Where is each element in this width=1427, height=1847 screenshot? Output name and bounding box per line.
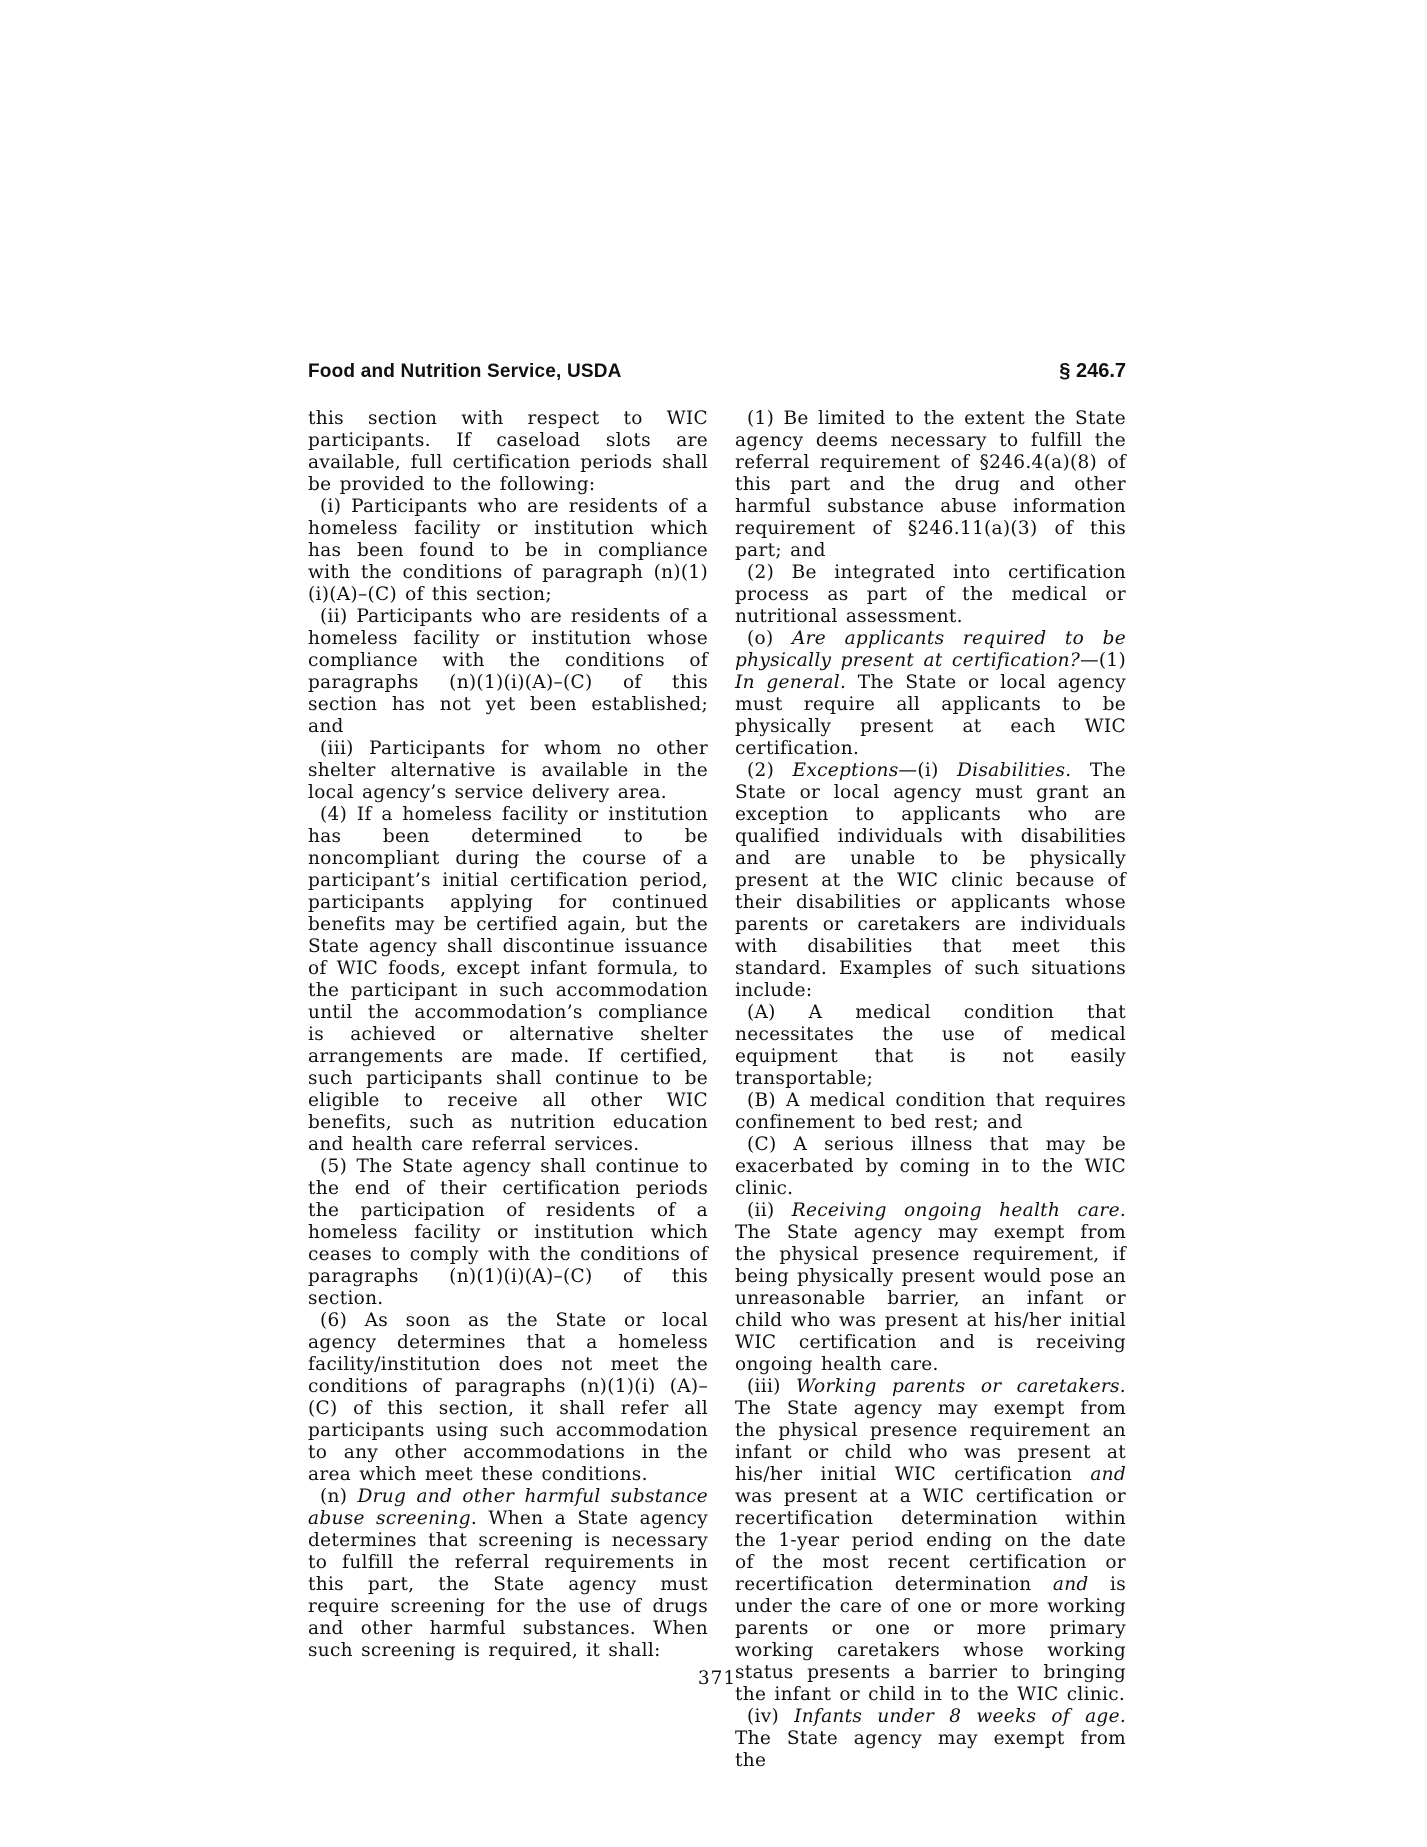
text-run: When a State agency determines that scre… xyxy=(308,1508,708,1661)
italic-text-run: Are applicants required to be physically… xyxy=(735,628,1126,671)
text-run: The State agency may exempt from the phy… xyxy=(735,1222,1126,1375)
page-number: 371 xyxy=(308,1668,1126,1689)
text-run: —(1) xyxy=(1080,650,1126,671)
text-run: this section with respect to WIC partici… xyxy=(308,408,708,495)
paragraph: (n) Drug and other harmful substance abu… xyxy=(308,1486,708,1662)
document-page: Food and Nutrition Service, USDA § 246.7… xyxy=(0,0,1427,1847)
text-run: (ii) Participants who are residents of a… xyxy=(308,606,708,737)
text-run: (iii) xyxy=(747,1376,796,1397)
text-run: (B) A medical condition that requires co… xyxy=(735,1090,1126,1133)
text-run: (4) If a homeless facility or institutio… xyxy=(308,804,708,1155)
paragraph: this section with respect to WIC partici… xyxy=(308,408,708,496)
italic-text-run: Exceptions xyxy=(793,760,899,781)
italic-text-run: Disabilities. xyxy=(957,760,1071,781)
text-run: (2) Be integrated into certification pro… xyxy=(735,562,1126,627)
italic-text-run: and xyxy=(1090,1464,1126,1485)
text-run: (ii) xyxy=(747,1200,792,1221)
paragraph: (2) Exceptions—(i) Disabilities. The Sta… xyxy=(735,760,1126,1002)
text-run: The State agency may exempt from the xyxy=(735,1728,1126,1771)
paragraph: (A) A medical condition that necessitate… xyxy=(735,1002,1126,1090)
text-run: (i) Participants who are residents of a … xyxy=(308,496,708,605)
text-run: (A) A medical condition that necessitate… xyxy=(735,1002,1126,1089)
paragraph: (iii) Working parents or caretakers. The… xyxy=(735,1376,1126,1706)
text-run: (C) A serious illness that may be exacer… xyxy=(735,1134,1126,1199)
text-run: (1) Be limited to the extent the State a… xyxy=(735,408,1126,561)
italic-text-run: Receiving ongoing health care. xyxy=(792,1200,1126,1221)
text-run: The State agency may exempt from the phy… xyxy=(735,1398,1126,1485)
text-run: (iv) xyxy=(747,1706,794,1727)
paragraph: (5) The State agency shall continue to t… xyxy=(308,1156,708,1310)
italic-text-run: and xyxy=(1053,1574,1089,1595)
paragraph: (4) If a homeless facility or institutio… xyxy=(308,804,708,1156)
paragraph: (o) Are applicants required to be physic… xyxy=(735,628,1126,760)
running-header-agency: Food and Nutrition Service, USDA xyxy=(308,361,622,383)
text-run: —(i) xyxy=(899,760,957,781)
body-text: this section with respect to WIC partici… xyxy=(308,408,1126,1772)
text-column-right: (1) Be limited to the extent the State a… xyxy=(735,408,1126,1772)
paragraph: (iv) Infants under 8 weeks of age. The S… xyxy=(735,1706,1126,1772)
text-run: (2) xyxy=(747,760,793,781)
paragraph: (1) Be limited to the extent the State a… xyxy=(735,408,1126,562)
text-run: (o) xyxy=(747,628,792,649)
running-header-section-number: § 246.7 xyxy=(1059,360,1126,383)
text-run: (5) The State agency shall continue to t… xyxy=(308,1156,708,1309)
paragraph: (6) As soon as the State or local agency… xyxy=(308,1310,708,1486)
italic-text-run: Infants under 8 weeks of age. xyxy=(794,1706,1126,1727)
paragraph: (C) A serious illness that may be exacer… xyxy=(735,1134,1126,1200)
running-header: Food and Nutrition Service, USDA § 246.7 xyxy=(308,360,1126,383)
paragraph: (ii) Participants who are residents of a… xyxy=(308,606,708,738)
text-run: (iii) Participants for whom no other she… xyxy=(308,738,708,803)
text-run: (6) As soon as the State or local agency… xyxy=(308,1310,708,1485)
italic-text-run: Working parents or caretakers. xyxy=(796,1376,1126,1397)
text-run: The State or local agency must grant an … xyxy=(735,760,1126,1001)
paragraph: (ii) Receiving ongoing health care. The … xyxy=(735,1200,1126,1376)
paragraph: (iii) Participants for whom no other she… xyxy=(308,738,708,804)
paragraph: (B) A medical condition that requires co… xyxy=(735,1090,1126,1134)
text-run: (n) xyxy=(320,1486,358,1507)
italic-text-run: In general. xyxy=(735,672,846,693)
paragraph: (i) Participants who are residents of a … xyxy=(308,496,708,606)
paragraph: (2) Be integrated into certification pro… xyxy=(735,562,1126,628)
text-column-left: this section with respect to WIC partici… xyxy=(308,408,708,1772)
